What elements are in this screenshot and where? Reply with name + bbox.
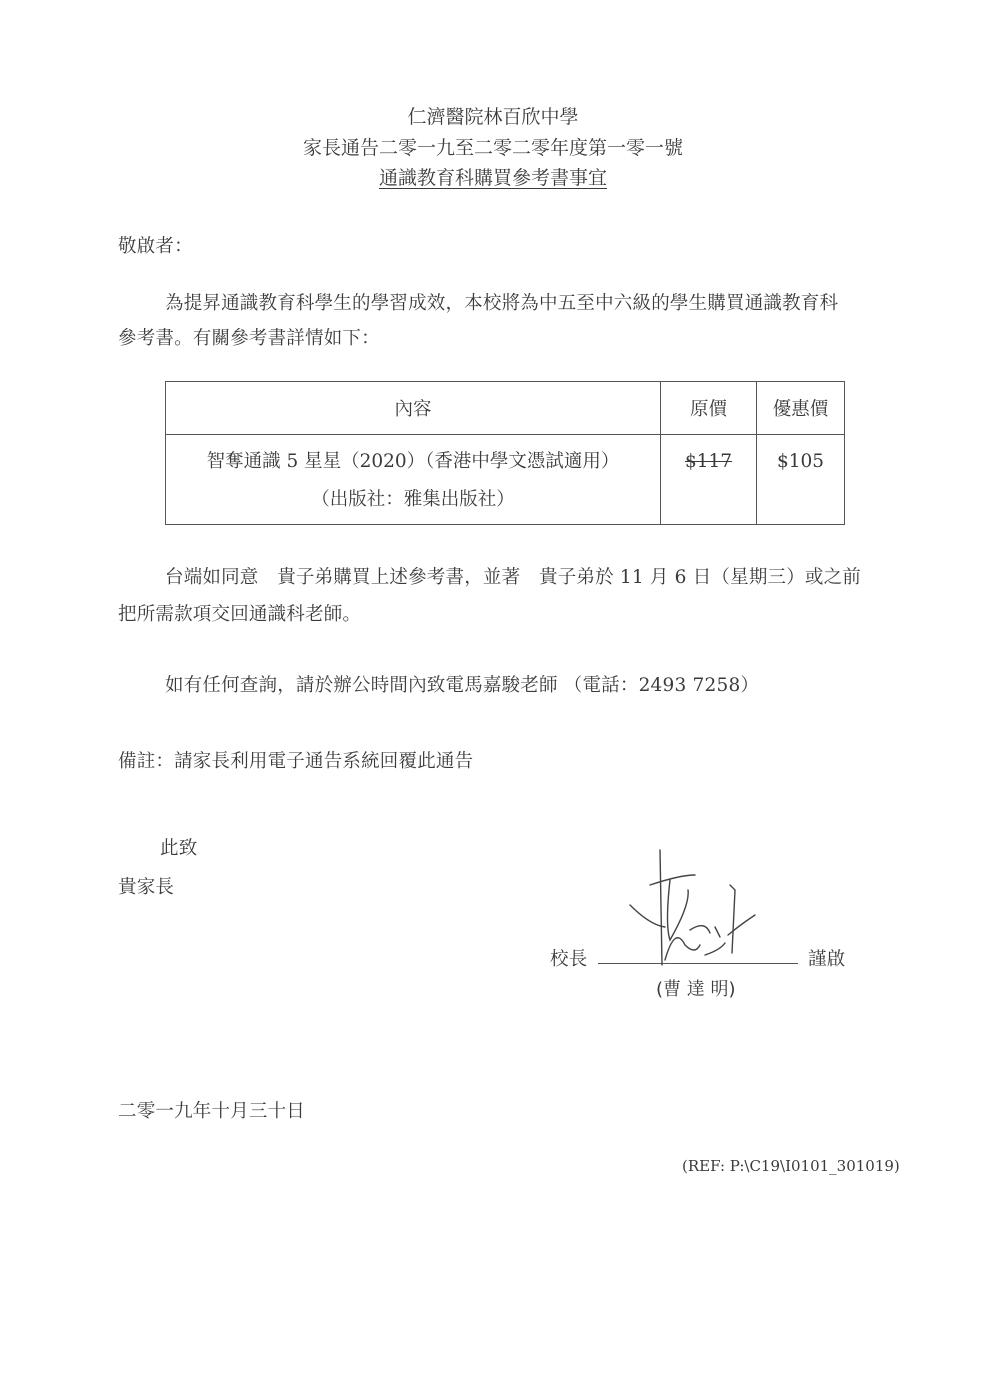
intro-paragraph-line2: 參考書。有關參考書詳情如下： bbox=[118, 324, 380, 350]
discount-price-cell: $105 bbox=[757, 435, 845, 525]
signatory-name: (曹 達 明) bbox=[656, 975, 736, 1001]
closing-recipient: 貴家長 bbox=[118, 873, 174, 899]
discount-price: $105 bbox=[777, 451, 824, 472]
reference-book-table: 內容 原價 優惠價 智奪通識 5 星星（2020）（香港中學文憑試適用） （出版… bbox=[165, 381, 845, 525]
principal-title: 校長 bbox=[550, 945, 587, 971]
enquiry-paragraph: 如有任何查詢，請於辦公時間內致電馬嘉駿老師 （電話：2493 7258） bbox=[165, 671, 759, 697]
book-title: 智奪通識 5 星星（2020）（香港中學文憑試適用） bbox=[167, 443, 659, 481]
header-original-price: 原價 bbox=[661, 382, 757, 435]
salutation: 敬啟者： bbox=[118, 232, 193, 258]
header-content: 內容 bbox=[166, 382, 661, 435]
header-discount-price: 優惠價 bbox=[757, 382, 845, 435]
respectfully-signoff: 謹啟 bbox=[808, 945, 845, 971]
original-price: $117 bbox=[685, 451, 732, 472]
remark: 備註：請家長利用電子通告系統回覆此通告 bbox=[118, 747, 473, 773]
notice-subject: 通識教育科購買參考書事宜 bbox=[0, 163, 986, 190]
book-content-cell: 智奪通識 5 星星（2020）（香港中學文憑試適用） （出版社：雅集出版社） bbox=[166, 435, 661, 525]
reference-code: (REF: P:\C19\I0101_301019) bbox=[682, 1157, 900, 1175]
notice-number: 家長通告二零一九至二零二零年度第一零一號 bbox=[0, 133, 986, 160]
notice-date: 二零一九年十月三十日 bbox=[118, 1097, 305, 1123]
book-publisher: （出版社：雅集出版社） bbox=[167, 481, 659, 519]
consent-paragraph-line2: 把所需款項交回通識科老師。 bbox=[118, 600, 361, 626]
original-price-cell: $117 bbox=[661, 435, 757, 525]
consent-paragraph-line1: 台端如同意 貴子弟購買上述參考書，並著 貴子弟於 11 月 6 日（星期三）或之… bbox=[165, 563, 861, 589]
intro-paragraph-line1: 為提昇通識教育科學生的學習成效，本校將為中五至中六級的學生購買通識教育科 bbox=[165, 289, 838, 315]
subject-text: 通識教育科購買參考書事宜 bbox=[379, 167, 607, 189]
closing-to: 此致 bbox=[160, 834, 197, 860]
signature-image bbox=[620, 845, 770, 970]
table-row: 智奪通識 5 星星（2020）（香港中學文憑試適用） （出版社：雅集出版社） $… bbox=[166, 435, 845, 525]
school-name: 仁濟醫院林百欣中學 bbox=[0, 102, 986, 129]
table-header-row: 內容 原價 優惠價 bbox=[166, 382, 845, 435]
